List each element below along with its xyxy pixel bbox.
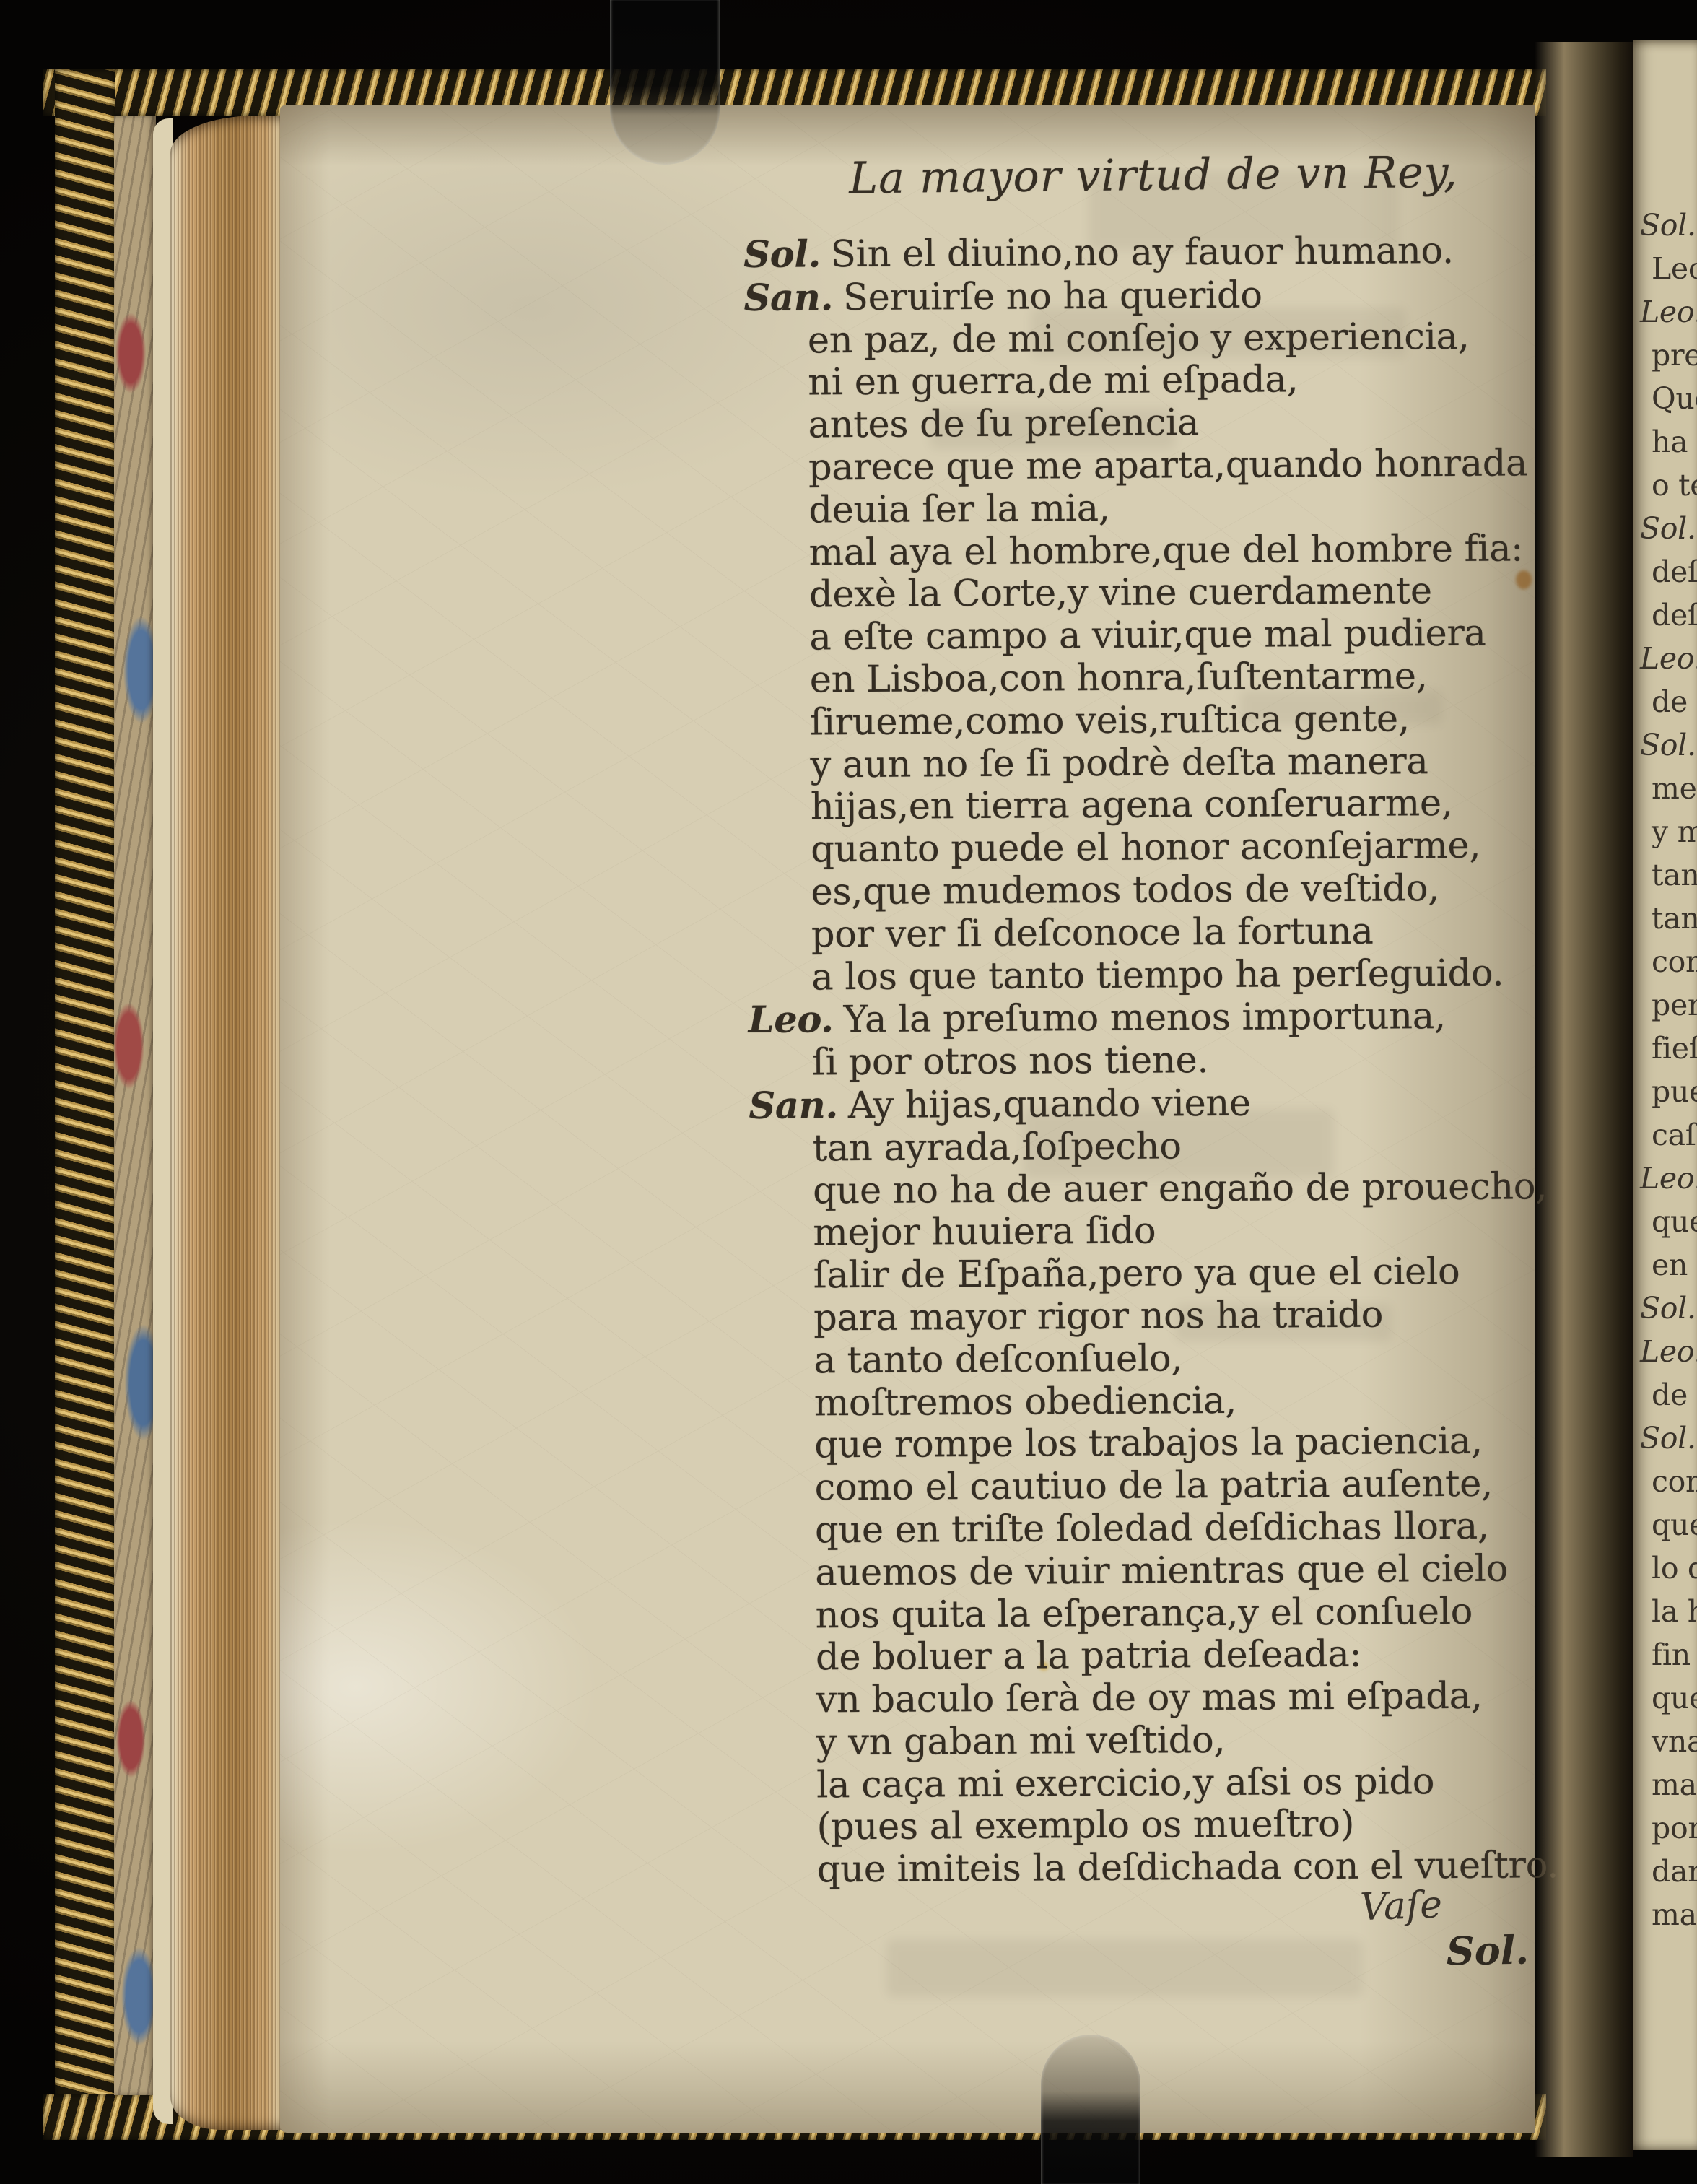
speaker-label: Sol. [743, 232, 821, 277]
verse-line: Sol.Mu [1640, 1287, 1697, 1330]
gilt-border-left [55, 69, 115, 2140]
verse-line: o te cu [1640, 464, 1697, 507]
verse-line: que rompe los trabajos la paciencia, [751, 1420, 1559, 1468]
book-page: La mayor virtud de vn Rey, Sol.Sin el di… [280, 105, 1535, 2133]
speaker-label: San. [743, 276, 833, 320]
verse-line: San.Ay hijas,quando viene [749, 1080, 1557, 1128]
verse-line: que en triſte ſoledad deſdichas llora, [751, 1505, 1560, 1553]
verse-line: vna [1640, 1720, 1697, 1763]
verse-line: de boluer a la patria deſeada: [752, 1632, 1561, 1680]
verse-line: que no ha de auer engaño de prouecho, [749, 1166, 1558, 1214]
stage-direction: Vaſe [1290, 1883, 1443, 1931]
verse-line: tan cu [1640, 897, 1697, 940]
verse-line: deſte v [1640, 550, 1697, 593]
verse-line: y mira [1640, 810, 1697, 853]
speaker-label: Sol. [1640, 1421, 1696, 1456]
verse-line: por [1640, 1806, 1697, 1850]
speaker-label: San. [749, 1084, 838, 1128]
verse-line: en m [1640, 1243, 1697, 1287]
verse-line: auemos de viuir mientras que el cielo [751, 1548, 1560, 1596]
verse-line: lo qu [1640, 1546, 1697, 1590]
verse-line: Sol.Y e [1640, 1417, 1697, 1460]
verse-line: Leo.Los [1640, 290, 1697, 334]
verse-line: pues [1640, 1070, 1697, 1113]
speaker-label: Sol. [1640, 511, 1696, 546]
verse-line: Leo.Ya [1640, 637, 1697, 680]
verse-line: tan ge [1640, 853, 1697, 897]
book-photo: La mayor virtud de vn Rey, Sol.Sin el di… [0, 0, 1697, 2184]
verse-line: de m [1640, 1373, 1697, 1417]
verse-line: ni en guerra,de mi eſpada, [744, 358, 1553, 406]
verse-line: deſde [1640, 593, 1697, 637]
verse-line: quanto puede el honor aconſejarme, [747, 825, 1556, 872]
gutter-shadow [1535, 42, 1633, 2157]
speaker-label: Sol. [1640, 208, 1696, 243]
holder-strap-bottom [1041, 2035, 1140, 2184]
speaker-label: Leo. [1640, 641, 1697, 676]
verse-lines: Sol.Sin el diuino,no ay fauor humano.San… [743, 229, 1562, 1892]
speaker-label: Sol. [1640, 1291, 1696, 1326]
speaker-label: Leo. [1640, 1334, 1697, 1369]
catchword: Sol. [1405, 1927, 1529, 1975]
verse-line: Leono [1640, 247, 1697, 290]
verse-line: fieſtà [1640, 1027, 1697, 1070]
verse-line: por ver ſi deſconoce la fortuna [748, 910, 1556, 957]
verse-line: mas [1640, 1893, 1697, 1936]
verse-line: dara [1640, 1850, 1697, 1893]
verse-line: antes de ſu preſencia [744, 400, 1553, 448]
verse-line: de que [1640, 680, 1697, 723]
verse-line: ha dad [1640, 420, 1697, 464]
verse-line: y aun no ſe ſi podrè deſta manera [746, 740, 1555, 788]
verse-line: en paz, de mi conſejo y experiencia, [744, 316, 1553, 363]
verse-line: Que co [1640, 377, 1697, 420]
verse-line: a eſte campo a viuir,que mal pudiera [746, 612, 1554, 660]
verse-line: ſirueme,como veis,ruſtica gente, [746, 697, 1555, 745]
verse-line: merec [1640, 767, 1697, 810]
verse-line: nos quita la eſperança,y el conſuelo [752, 1591, 1561, 1638]
verse-line: a tanto deſconſuelo, [750, 1336, 1558, 1383]
verse-line: ſi por otros nos tiene. [749, 1037, 1557, 1085]
verse-line: Sol.Bien [1640, 723, 1697, 767]
verse-line: que t [1640, 1200, 1697, 1243]
verse-line: mal aya el hombre,que del hombre fia: [746, 528, 1554, 575]
running-head: La mayor virtud de vn Rey, [829, 147, 1479, 204]
facing-page-sliver: Sol.No hLeonoLeo.LospreuieQue coha dado … [1633, 40, 1697, 2150]
verse-line: a los que tanto tiempo ha perſeguido. [748, 952, 1556, 1000]
verse-line: la he [1640, 1590, 1697, 1633]
verse-line: es,que mudemos todos de veſtido, [747, 867, 1556, 915]
facing-page-lines: Sol.No hLeonoLeo.LospreuieQue coha dado … [1640, 204, 1697, 1936]
speaker-label: Leo. [1640, 295, 1697, 329]
verse-line: mejor huuiera ſido [749, 1208, 1558, 1256]
verse-line: Sol.A g [1640, 507, 1697, 550]
verse-line: dexè la Corte,y vine cuerdamente [746, 570, 1554, 618]
bleedthrough-smudge [886, 1939, 1363, 1997]
verse-line: preuie [1640, 334, 1697, 377]
verse-line: en Lisboa,con honra,ſuſtentarme, [746, 655, 1555, 702]
verse-line: ſalir de Eſpaña,pero ya que el cielo [750, 1250, 1558, 1298]
verse-line: vn baculo ſerà de oy mas mi eſpada, [752, 1675, 1561, 1723]
verse-line: Sol.No h [1640, 204, 1697, 247]
verse-line: Leo.Y a [1640, 1330, 1697, 1373]
verse-line: mas [1640, 1763, 1697, 1806]
verse-line: moſtremos obediencia, [751, 1378, 1559, 1426]
verse-line: que [1640, 1676, 1697, 1720]
verse-line: y vn gaban mi veſtido, [753, 1718, 1561, 1765]
verse-line: que e [1640, 1503, 1697, 1546]
verse-line: pero [1640, 983, 1697, 1027]
verse-line: caſar [1640, 1113, 1697, 1157]
holder-strap-top [610, 0, 720, 165]
verse-line: Sol.Sin el diuino,no ay fauor humano. [743, 229, 1552, 277]
verse-line: Leo.Ya la preſumo menos importuna, [748, 994, 1556, 1043]
marbled-endpaper [114, 116, 156, 2095]
verse-line: como el cautiuo de la patria auſente, [751, 1463, 1559, 1510]
speaker-label: Leo. [748, 999, 833, 1043]
verse-line: tan ayrada,ſoſpecho [749, 1123, 1558, 1171]
speaker-label: Leo. [1640, 1161, 1697, 1196]
verse-line: deuia ſer la mia, [745, 485, 1553, 533]
verse-line: parece que me aparta,quando honrada [745, 443, 1553, 490]
verse-line: para mayor rigor nos ha traido [750, 1293, 1558, 1341]
verse-line: hijas,en tierra agena conſeruarme, [747, 783, 1556, 830]
verse-line: Leo.De [1640, 1157, 1697, 1200]
verse-line: San.Seruirſe no ha querido [743, 272, 1552, 321]
verse-line: (pues al exemplo os mueſtro) [753, 1803, 1561, 1850]
verse-line: como [1640, 940, 1697, 983]
verse-line: como [1640, 1460, 1697, 1503]
verse-line: fin la [1640, 1633, 1697, 1676]
fore-edge-pages [170, 116, 283, 2130]
speaker-label: Sol. [1640, 728, 1696, 762]
verse-line: la caça mi exercicio,y aſsi os pido [753, 1760, 1561, 1808]
